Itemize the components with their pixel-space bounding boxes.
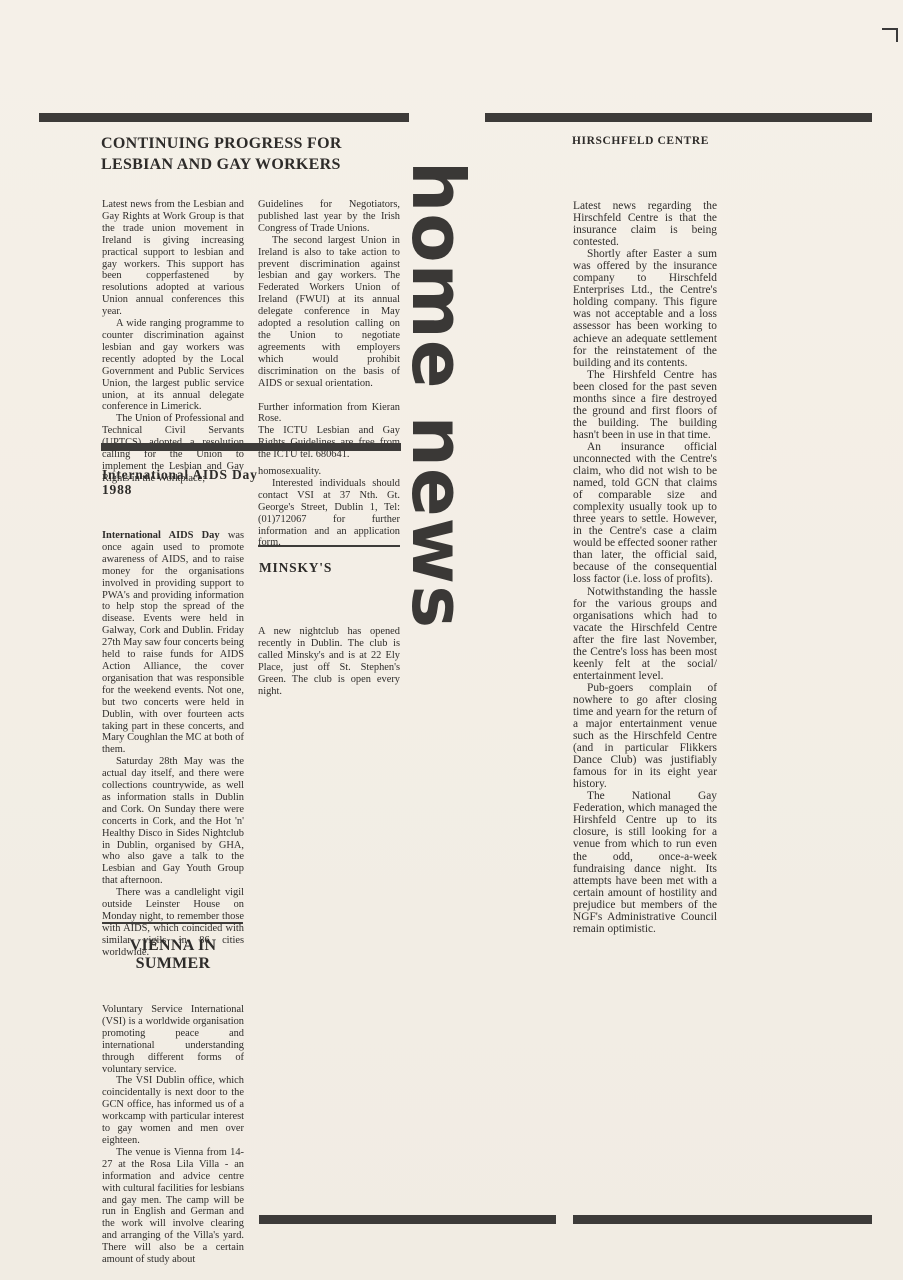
- section-title-text: home news: [402, 161, 474, 629]
- crop-mark: [882, 28, 898, 42]
- vienna-headline: VIENNA IN SUMMER: [102, 937, 244, 973]
- hirschfeld-headline: HIRSCHFELD CENTRE: [572, 134, 709, 149]
- top-rule-right: [485, 113, 872, 122]
- vienna-continued: homosexuality. Interested individuals sh…: [258, 466, 400, 549]
- aids-day-body: International AIDS Day was once again us…: [102, 530, 244, 959]
- bottom-rule-left: [259, 1215, 556, 1224]
- minskys-headline: MINSKY'S: [259, 560, 332, 575]
- top-rule-left: [39, 113, 409, 122]
- aids-day-headline: International AIDS Day 1988: [102, 467, 258, 497]
- workers-col1: Latest news from the Lesbian and Gay Rig…: [102, 199, 244, 485]
- vienna-rule: [102, 922, 243, 924]
- newspaper-page: home news CONTINUING PROGRESS FOR LESBIA…: [0, 0, 903, 1280]
- workers-col2: Guidelines for Negotiators, published la…: [258, 199, 400, 461]
- section-title: home news: [413, 104, 463, 686]
- minskys-rule: [258, 545, 400, 547]
- bottom-rule-right: [573, 1215, 872, 1224]
- hirschfeld-body: Latest news regarding the Hirschfeld Cen…: [573, 200, 717, 935]
- minskys-body: A new nightclub has opened recently in D…: [258, 626, 400, 697]
- mid-rule: [101, 443, 401, 451]
- vienna-body: Voluntary Service International (VSI) is…: [102, 1004, 244, 1266]
- workers-headline: CONTINUING PROGRESS FOR LESBIAN AND GAY …: [101, 133, 342, 175]
